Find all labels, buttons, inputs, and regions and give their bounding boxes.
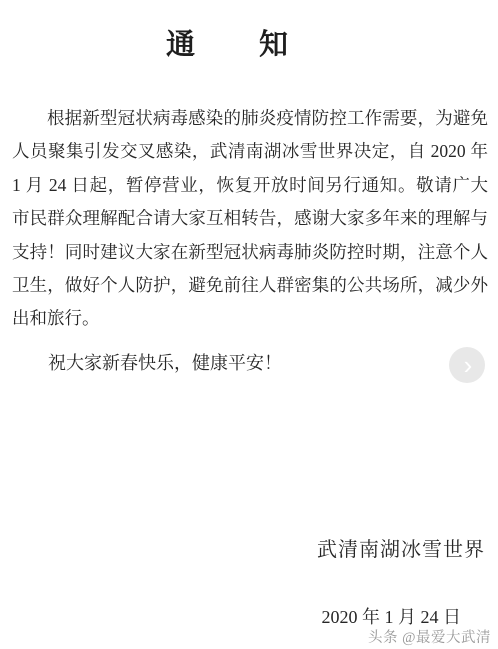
carousel-next-button[interactable]: › xyxy=(449,347,485,383)
signature: 武清南湖冰雪世界 xyxy=(317,533,485,562)
chevron-right-icon: › xyxy=(464,352,473,378)
notice-document-page: 通 知 根据新型冠状病毒感染的肺炎疫情防控工作需要，为避免人员聚集引发交叉感染，… xyxy=(0,0,498,649)
page-title: 通 知 xyxy=(0,22,456,63)
notice-body-paragraph: 根据新型冠状病毒感染的肺炎疫情防控工作需要，为避免人员聚集引发交叉感染，武清南湖… xyxy=(12,102,488,336)
watermark-text: 头条 @最爱大武清 xyxy=(368,626,491,647)
greeting-line: 祝大家新春快乐，健康平安！ xyxy=(12,351,452,375)
